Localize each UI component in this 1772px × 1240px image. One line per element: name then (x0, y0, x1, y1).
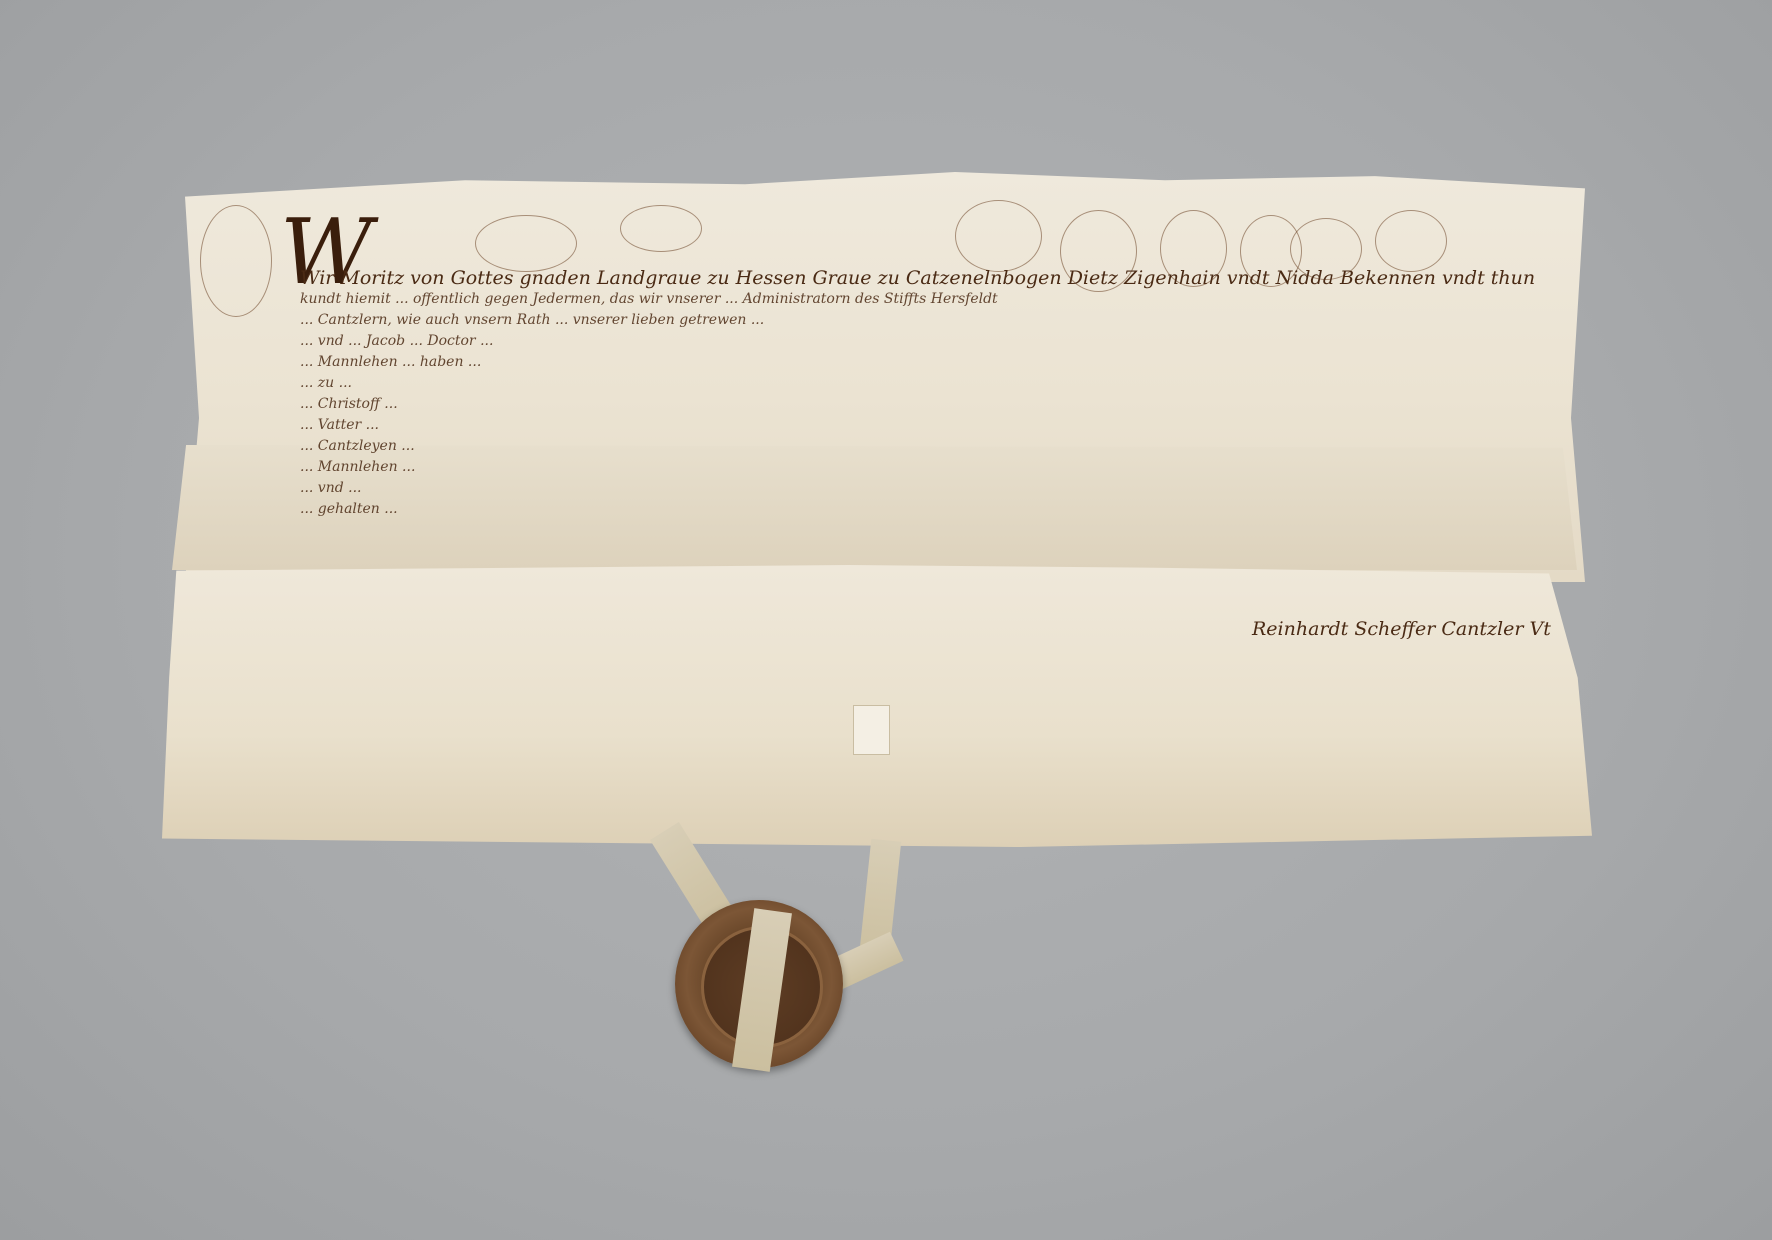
charter-line: kundt hiemit ... offentlich gegen Jederm… (300, 289, 1570, 310)
charter-line: ... Christoff ... (300, 394, 1570, 415)
flourish-decoration (475, 215, 577, 272)
charter-line: ... Cantzlern, wie auch vnsern Rath ... … (300, 310, 1570, 331)
charter-title-line: Wir Moritz von Gottes gnaden Landgraue z… (300, 268, 1570, 289)
charter-text: Wir Moritz von Gottes gnaden Landgraue z… (300, 268, 1570, 520)
flourish-decoration (620, 205, 702, 252)
chancellor-signature: Reinhardt Scheffer Cantzler Vt (1252, 618, 1551, 640)
flourish-decoration (955, 200, 1042, 272)
charter-line: ... Cantzleyen ... (300, 436, 1570, 457)
flourish-decoration (200, 205, 272, 317)
charter-line: ... vnd ... Jacob ... Doctor ... (300, 331, 1570, 352)
charter-line: ... Mannlehen ... (300, 457, 1570, 478)
charter-line: ... Vatter ... (300, 415, 1570, 436)
flourish-decoration (1375, 210, 1447, 272)
charter-line: ... Mannlehen ... haben ... (300, 352, 1570, 373)
seal-tag-slot (853, 705, 890, 755)
charter-line: ... zu ... (300, 373, 1570, 394)
charter-line: ... gehalten ... (300, 499, 1570, 520)
charter-line: ... vnd ... (300, 478, 1570, 499)
